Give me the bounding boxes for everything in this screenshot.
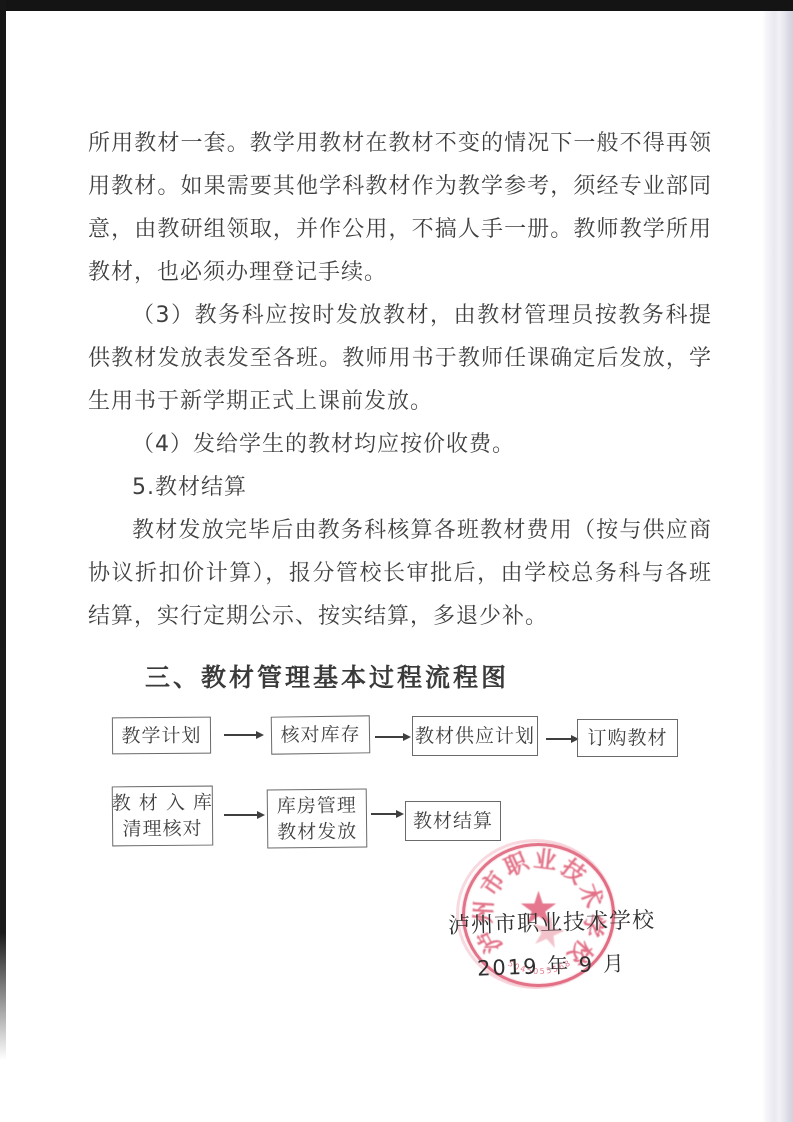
scan-left-edge: [0, 0, 6, 1060]
flowchart-box-label-line1: 库房管理: [277, 792, 357, 819]
flowchart-arrow-5: [371, 813, 397, 815]
scan-right-shadow-band: [762, 11, 793, 1122]
flowchart-box-label-line2: 清理核对: [122, 816, 202, 843]
flowchart-box-label: 教材供应计划: [415, 723, 535, 749]
scanned-document-page: 所用教材一套。教学用教材在教材不变的情况下一般不得再领用教材。如果需要其他学科教…: [0, 0, 793, 1122]
flowchart-box-label: 核对库存: [280, 721, 360, 748]
flowchart-box-warehouse-manage: 库房管理 教材发放: [267, 788, 368, 848]
flowchart-arrow-1: [224, 734, 257, 736]
flowchart-box-check-stock: 核对库存: [271, 715, 371, 754]
flowchart-box-supply-plan: 教材供应计划: [412, 716, 538, 756]
flowchart-arrow-4: [224, 814, 258, 816]
paragraph-item-3: （3）教务科应按时发放教材，由教材管理员按教务科提供教材发放表发至各班。教师用书…: [88, 294, 712, 423]
flowchart-arrow-3: [546, 738, 572, 740]
paragraph-item-4: （4）发给学生的教材均应按价收费。: [88, 423, 712, 466]
paragraph-continuation: 所用教材一套。教学用教材在教材不变的情况下一般不得再领用教材。如果需要其他学科教…: [88, 122, 712, 294]
flowchart-arrow-2: [375, 736, 404, 738]
paragraph-heading-5: 5.教材结算: [88, 466, 712, 509]
flowchart-box-settlement: 教材结算: [405, 801, 501, 841]
flowchart-box-label: 教学计划: [121, 722, 201, 749]
flowchart-box-label-line2: 教材发放: [277, 818, 357, 845]
flowchart-box-order-materials: 订购教材: [577, 719, 678, 757]
signature-school-name: 泸州市职业技术学校: [448, 903, 656, 940]
signature-date: 2019 年 9 月: [477, 947, 627, 982]
flowchart-box-label: 订购教材: [587, 725, 667, 751]
scan-top-edge: [0, 0, 793, 11]
flowchart-box-warehouse-in: 教 材 入 库 清理核对: [112, 786, 214, 847]
flowchart-box-label: 教材结算: [413, 808, 493, 834]
document-body-text: 所用教材一套。教学用教材在教材不变的情况下一般不得再领用教材。如果需要其他学科教…: [88, 122, 712, 638]
paragraph-settlement: 教材发放完毕后由教务科核算各班教材费用（按与供应商协议折扣价计算），报分管校长审…: [88, 509, 712, 638]
flowchart-box-teaching-plan: 教学计划: [112, 717, 211, 755]
flowchart-box-label-line1: 教 材 入 库: [112, 790, 213, 817]
section-heading: 三、教材管理基本过程流程图: [145, 658, 509, 694]
